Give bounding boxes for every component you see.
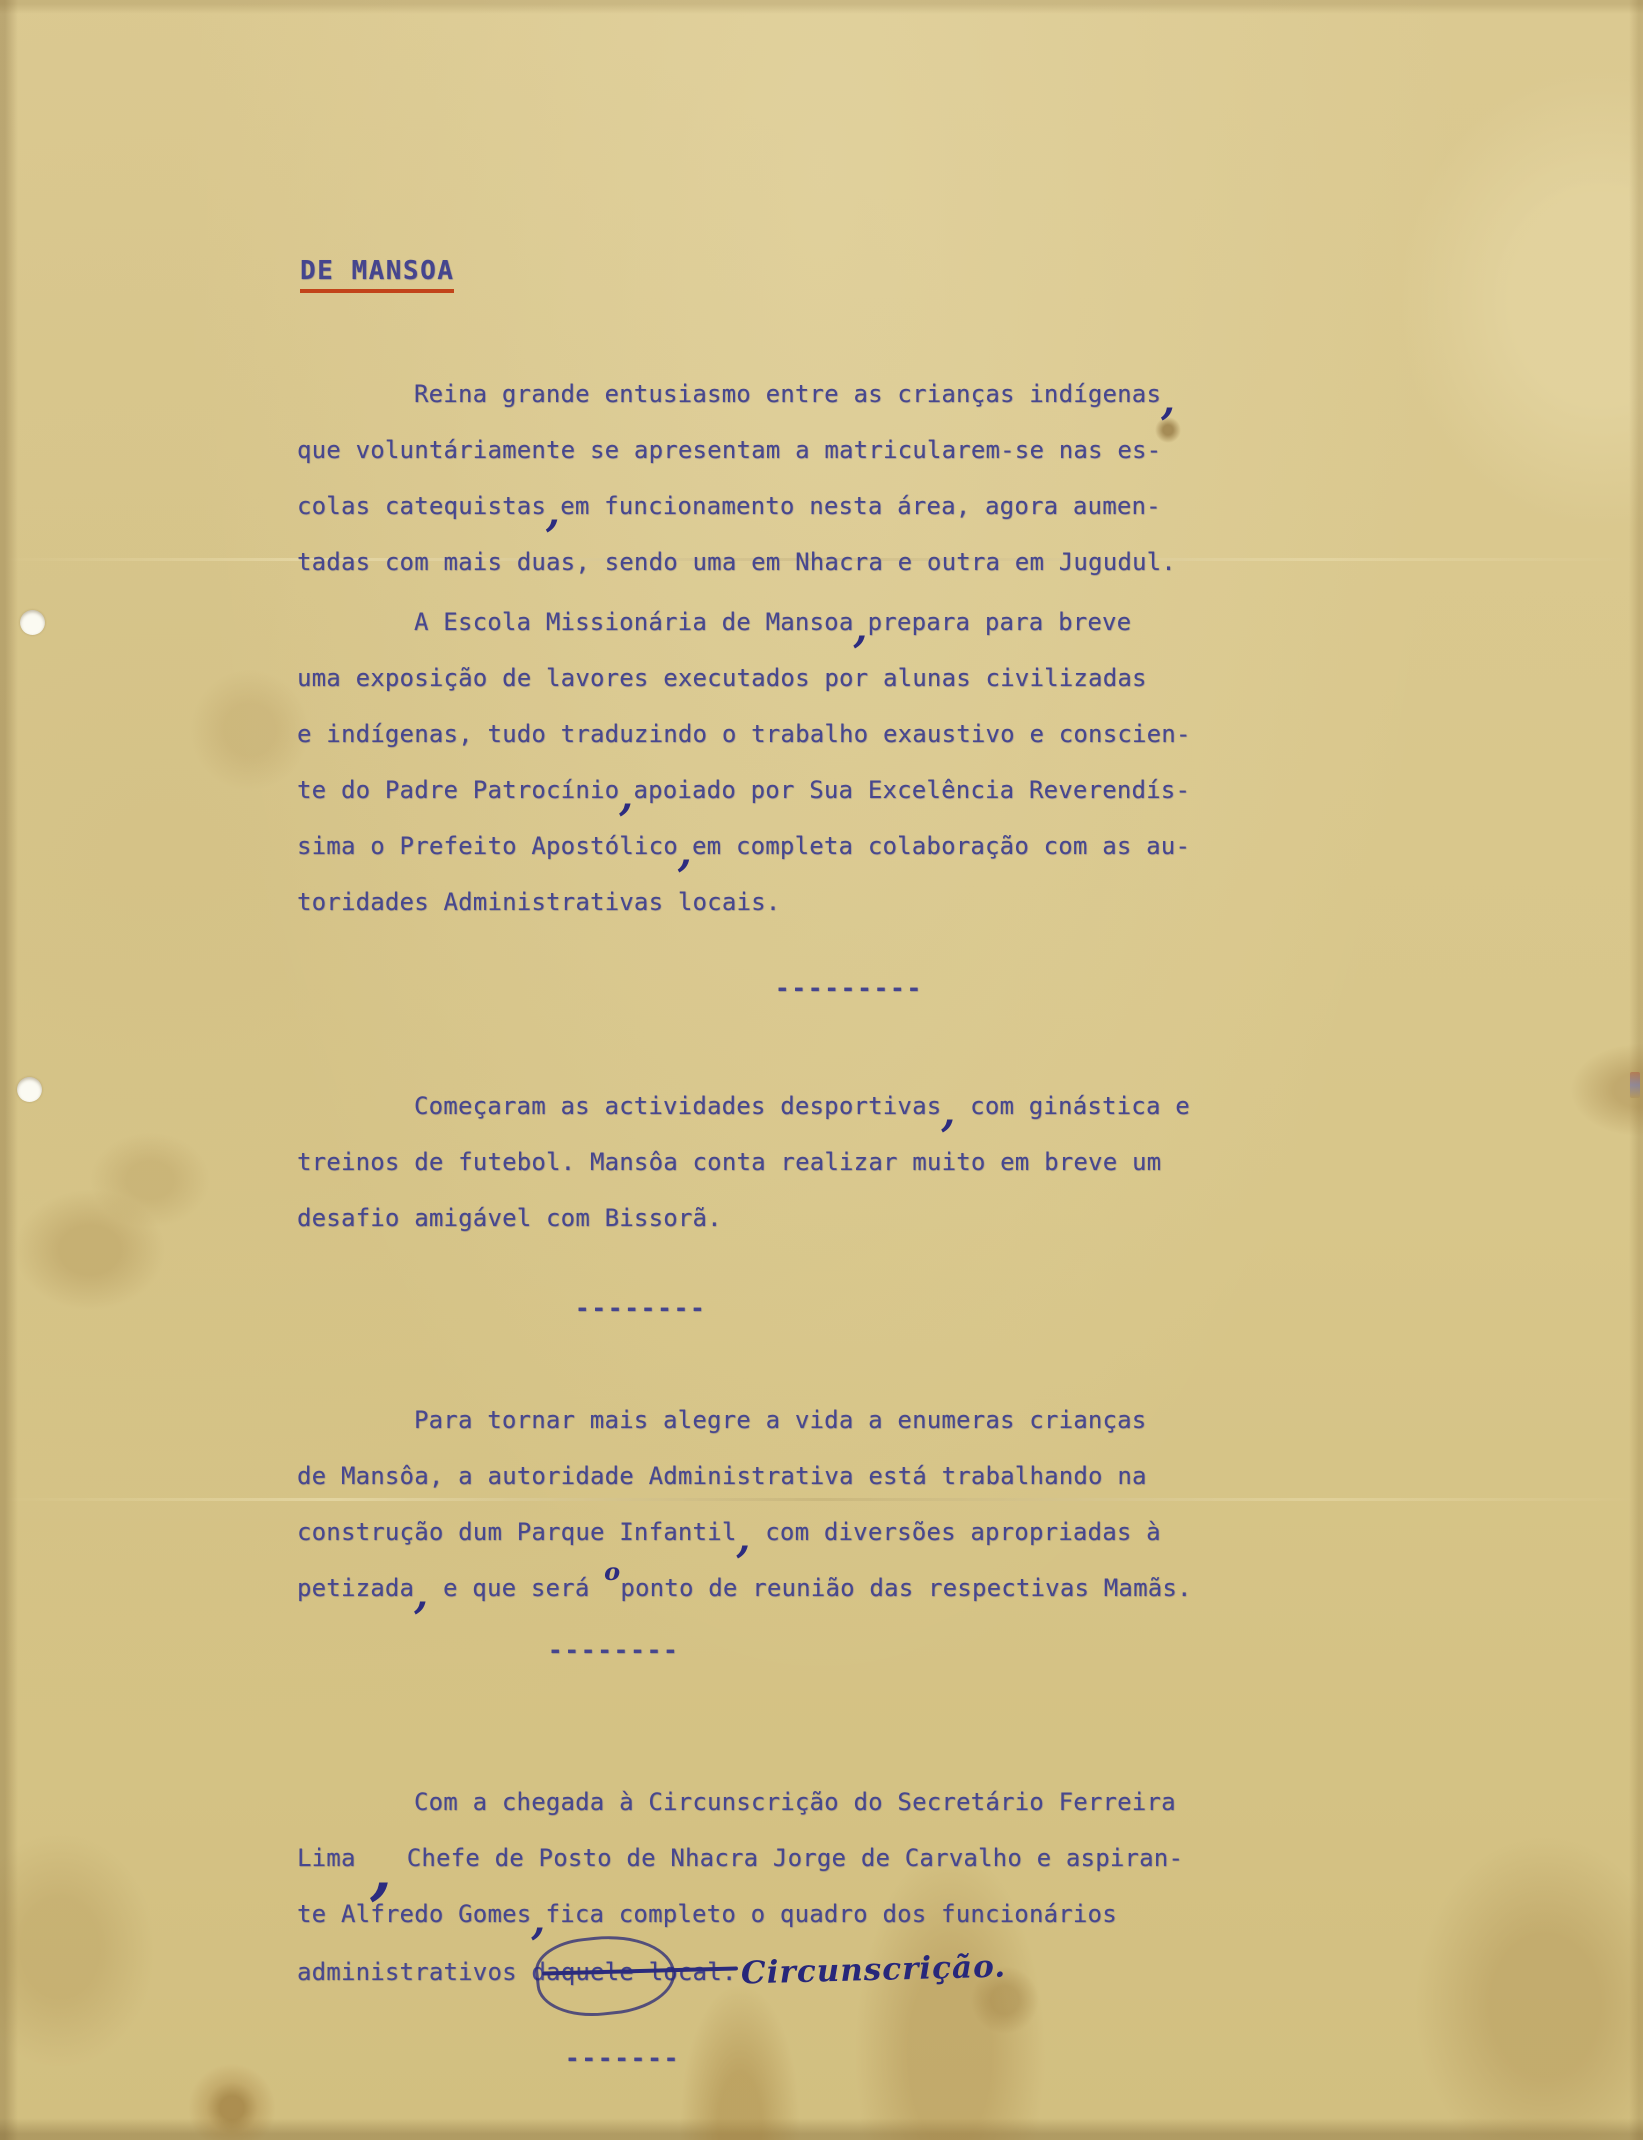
typed-text: Começaram as actividades desportivas bbox=[414, 1092, 941, 1120]
typed-text: toridades Administrativas locais. bbox=[297, 888, 780, 916]
typed-text: Para tornar mais alegre a vida a enumera… bbox=[414, 1406, 1146, 1434]
typed-text: ponto de reunião das respectivas Mamãs. bbox=[620, 1574, 1191, 1602]
dashed-separator: -------- bbox=[548, 1636, 680, 1664]
typed-text: de Mansôa, a autoridade Administrativa e… bbox=[297, 1462, 1147, 1490]
typed-text: Com a chegada à Circunscrição do Secretá… bbox=[414, 1788, 1176, 1816]
handwritten-comma: , bbox=[941, 1089, 955, 1136]
typed-text: com diversões apropriadas à bbox=[751, 1518, 1161, 1546]
typed-text: apoiado por Sua Excelência Reverendís- bbox=[633, 776, 1190, 804]
document-body: DE MANSOA Reina grande entusiasmo entre … bbox=[0, 0, 1643, 2140]
typed-text: petizada bbox=[297, 1574, 414, 1602]
paragraph: Começaram as actividades desportivas, co… bbox=[297, 1078, 1217, 1246]
text-line: Lima , Chefe de Posto de Nhacra Jorge de… bbox=[297, 1830, 1217, 1886]
typed-text: A Escola Missionária de Mansoa bbox=[414, 608, 853, 636]
typed-text: desafio amigável com Bissorã. bbox=[297, 1204, 722, 1232]
handwritten-comma: , bbox=[736, 1515, 750, 1562]
text-line: construção dum Parque Infantil, com dive… bbox=[297, 1504, 1217, 1560]
typed-text: com ginástica e bbox=[956, 1092, 1190, 1120]
text-line: sima o Prefeito Apostólico,em completa c… bbox=[297, 818, 1217, 874]
handwritten-comma: , bbox=[414, 1571, 428, 1618]
typed-text: em completa colaboração com as au- bbox=[692, 832, 1190, 860]
dashed-separator: -------- bbox=[575, 1294, 707, 1322]
handwritten-comma: , bbox=[619, 773, 633, 820]
typed-text: e que será bbox=[428, 1574, 604, 1602]
typed-text: colas catequistas bbox=[297, 492, 546, 520]
text-line: colas catequistas,em funcionamento nesta… bbox=[297, 478, 1217, 534]
text-line: uma exposição de lavores executados por … bbox=[297, 650, 1217, 706]
typed-text: te do Padre Patrocínio bbox=[297, 776, 619, 804]
text-line: tadas com mais duas, sendo uma em Nhacra… bbox=[297, 534, 1217, 590]
typed-text: treinos de futebol. Mansôa conta realiza… bbox=[297, 1148, 1161, 1176]
typed-text: que voluntáriamente se apresentam a matr… bbox=[297, 436, 1161, 464]
text-line: Para tornar mais alegre a vida a enumera… bbox=[297, 1392, 1217, 1448]
paragraph: A Escola Missionária de Mansoa,prepara p… bbox=[297, 594, 1217, 930]
scanned-page: DE MANSOA Reina grande entusiasmo entre … bbox=[0, 0, 1643, 2140]
text-line: Com a chegada à Circunscrição do Secretá… bbox=[297, 1774, 1217, 1830]
text-line: Reina grande entusiasmo entre as criança… bbox=[297, 366, 1217, 422]
text-line: toridades Administrativas locais. bbox=[297, 874, 1217, 930]
text-line: administrativos daquele local.Circunscri… bbox=[297, 1942, 1217, 1998]
typed-text: Lima bbox=[297, 1844, 370, 1872]
handwritten-correction: Circunscrição. bbox=[740, 1939, 1006, 2002]
handwritten-comma: , bbox=[1161, 377, 1175, 424]
paragraph: Para tornar mais alegre a vida a enumera… bbox=[297, 1392, 1217, 1616]
typed-text: e indígenas, tudo traduzindo o trabalho … bbox=[297, 720, 1191, 748]
text-line: te do Padre Patrocínio,apoiado por Sua E… bbox=[297, 762, 1217, 818]
handwritten-comma: , bbox=[678, 829, 692, 876]
dashed-separator: ------- bbox=[565, 2044, 680, 2072]
text-line: petizada, e que será oponto de reunião d… bbox=[297, 1560, 1217, 1616]
handwritten-comma: , bbox=[531, 1897, 545, 1944]
text-line: treinos de futebol. Mansôa conta realiza… bbox=[297, 1134, 1217, 1190]
typed-text: administrativos d bbox=[297, 1958, 546, 1986]
typed-text: fica completo o quadro dos funcionários bbox=[546, 1900, 1117, 1928]
page-title: DE MANSOA bbox=[300, 256, 454, 293]
handwritten-insert: o bbox=[604, 1557, 620, 1586]
paragraph: Com a chegada à Circunscrição do Secretá… bbox=[297, 1774, 1217, 1998]
typed-text: sima o Prefeito Apostólico bbox=[297, 832, 678, 860]
typed-text: uma exposição de lavores executados por … bbox=[297, 664, 1147, 692]
typed-text: em funcionamento nesta área, agora aumen… bbox=[560, 492, 1161, 520]
typed-text: Chefe de Posto de Nhacra Jorge de Carval… bbox=[392, 1844, 1183, 1872]
handwritten-comma: , bbox=[853, 605, 867, 652]
text-line: que voluntáriamente se apresentam a matr… bbox=[297, 422, 1217, 478]
text-line: desafio amigável com Bissorã. bbox=[297, 1190, 1217, 1246]
handwritten-comma: , bbox=[370, 1834, 392, 1907]
struck-out-text: aquele local. bbox=[546, 1944, 736, 2000]
paragraph: Reina grande entusiasmo entre as criança… bbox=[297, 366, 1217, 590]
typed-text: prepara para breve bbox=[868, 608, 1132, 636]
typed-text: te Alfredo Gomes bbox=[297, 1900, 531, 1928]
typed-text: Reina grande entusiasmo entre as criança… bbox=[414, 380, 1161, 408]
text-line: A Escola Missionária de Mansoa,prepara p… bbox=[297, 594, 1217, 650]
dashed-separator: --------- bbox=[775, 974, 923, 1002]
text-line: Começaram as actividades desportivas, co… bbox=[297, 1078, 1217, 1134]
text-line: te Alfredo Gomes,fica completo o quadro … bbox=[297, 1886, 1217, 1942]
text-line: e indígenas, tudo traduzindo o trabalho … bbox=[297, 706, 1217, 762]
typed-text: tadas com mais duas, sendo uma em Nhacra… bbox=[297, 548, 1176, 576]
handwritten-comma: , bbox=[546, 489, 560, 536]
typed-text: construção dum Parque Infantil bbox=[297, 1518, 736, 1546]
text-line: de Mansôa, a autoridade Administrativa e… bbox=[297, 1448, 1217, 1504]
